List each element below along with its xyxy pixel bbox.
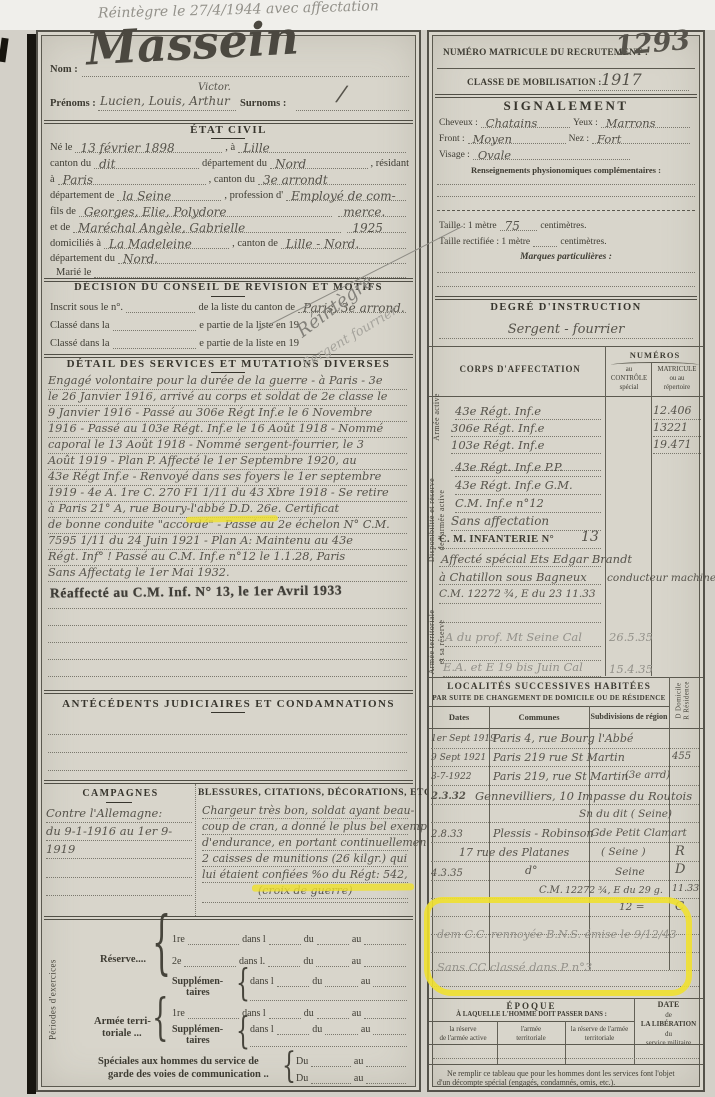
residence-rot: R Résidence xyxy=(684,671,692,729)
fils-de-label: fils de xyxy=(50,206,76,217)
first-label: 1re xyxy=(172,934,185,945)
nom-label: Nom : xyxy=(50,64,78,75)
territoriale-label: Armée terri- xyxy=(94,1016,151,1027)
antecedents-title: ANTÉCÉDENTS JUDICIAIRES ET CONDAMNATIONS xyxy=(38,698,419,710)
surnoms-value: / xyxy=(336,82,347,108)
canton-value: dit xyxy=(99,157,115,171)
nez-line: Fort xyxy=(592,131,690,144)
localites-commune: Plessis - Robinson xyxy=(493,827,594,840)
reaffecte-stamp: Réaffecté au C.M. Inf. N° 13, le 1er Avr… xyxy=(50,582,342,601)
visage-row: Visage : Ovale xyxy=(439,147,633,160)
localites-commune: Paris 4, rue Bourg l'Abbé xyxy=(493,732,633,745)
speciales-label-2: garde des voies de communication .. xyxy=(108,1069,269,1080)
affecte-special-line-2: à Chatillon sous Bagneux xyxy=(439,570,587,584)
corps-active-row: 306e Régt. Inf.e xyxy=(451,421,601,437)
visage-value: Ovale xyxy=(478,148,511,162)
supplementaires-label-2: taires xyxy=(186,987,210,998)
reserve-suppl-row: dans l du au xyxy=(250,974,409,987)
epoque-col-territoriale: l'armée territoriale xyxy=(497,1025,565,1043)
divider xyxy=(44,780,413,784)
profession-cont-value: merce. xyxy=(343,205,385,219)
title-underline xyxy=(211,138,245,139)
marques-label: Marques particulières : xyxy=(429,252,703,262)
birth-date-line: 13 février 1898 xyxy=(75,140,222,153)
dans-l-label: dans l xyxy=(250,976,274,987)
blank-line xyxy=(373,974,406,987)
blank-line xyxy=(373,1022,406,1035)
yeux-line: Marrons xyxy=(601,115,690,128)
title-underline xyxy=(211,372,245,373)
periodes-rotated-label: Périodes d'exercices xyxy=(47,945,58,1055)
blank-line xyxy=(269,1006,301,1019)
epoque-col1-l1: la réserve xyxy=(429,1025,497,1034)
reserve-label: Réserve.... xyxy=(100,954,146,965)
corps-active-row: 43e Régt. Inf.e xyxy=(455,404,601,420)
territoriale-label-2: toriale ... xyxy=(102,1028,142,1039)
residence-value: Paris xyxy=(63,173,93,187)
blessures-line: lui étaient confiées %o du Régt: 542, xyxy=(202,868,408,883)
blank-line xyxy=(317,932,349,945)
epoque-title: ÉPOQUE xyxy=(429,1001,634,1011)
etat-civil-row: Né le 13 février 1898 , à Lille xyxy=(50,140,409,153)
corps-active-num: 12.406 xyxy=(653,404,701,420)
subdivisions-col-header: Subdivisions de région xyxy=(589,712,669,721)
departement-label: département du xyxy=(202,158,267,169)
taille-suffix: centimètres. xyxy=(540,221,586,231)
territoriale-row-1: 1re dans l du au xyxy=(172,1006,409,1019)
taille-rect-label: Taille rectifiée : 1 mètre xyxy=(439,237,530,247)
date-l1: DATE xyxy=(634,1000,703,1011)
liste-canton-label: de la liste du canton de xyxy=(198,302,295,313)
epoque-col3-l2: territoriale xyxy=(565,1034,634,1043)
classe-mobilisation-value: 1917 xyxy=(601,70,642,89)
corps-affectation-header: CORPS D'AFFECTATION xyxy=(437,364,603,374)
classe-mobilisation-label: CLASSE DE MOBILISATION : xyxy=(467,78,602,88)
date-l3: LA LIBÉRATION xyxy=(634,1020,703,1029)
blank-line xyxy=(268,954,300,967)
corps-active-num: 19.471 xyxy=(653,438,701,454)
supplementaires-label: Supplémen- xyxy=(172,976,223,987)
corps-active-row: 103e Régt. Inf.e xyxy=(451,438,601,454)
services-line: Régt. Inf° ! Passé au C.M. Inf.e n°12 le… xyxy=(48,550,407,566)
territoriale-brace: { xyxy=(152,991,169,1048)
ne-le-label: Né le xyxy=(50,142,72,153)
territoriale-pencil-num: 15.4.35 xyxy=(609,662,653,676)
services-title: DÉTAIL DES SERVICES ET MUTATIONS DIVERSE… xyxy=(38,358,419,370)
reserve-row-2: 2e dans l. du au xyxy=(172,954,409,967)
communes-col-header: Communes xyxy=(489,712,589,722)
father-value: Georges, Elie, Polydore xyxy=(84,205,227,219)
dispo-row: 43e Régt. Inf.e G.M. xyxy=(455,478,601,495)
divider xyxy=(435,296,697,300)
localites-date: 1er Sept 1919 xyxy=(431,734,488,744)
scan-edge-strip xyxy=(27,34,36,1094)
etat-civil-row: à Paris , canton du 3e arrondt xyxy=(50,172,409,185)
front-row: Front : Moyen Nez : Fort xyxy=(439,131,693,144)
localites-dr: D xyxy=(675,862,685,877)
surnoms-label: Surnoms : xyxy=(240,98,286,109)
domicile-value: La Madeleine xyxy=(109,237,192,251)
classe-1-suffix: e partie de la liste en 19 xyxy=(199,320,299,331)
epoque-col2-l1: l'armée xyxy=(497,1025,565,1034)
localites-commune: d° xyxy=(525,864,538,877)
domicile-residence-rotated-header: D Domicile R Résidence xyxy=(676,671,693,729)
title-underline xyxy=(211,296,245,297)
blank-line xyxy=(317,1006,349,1019)
cm-infanterie-label: C. M. INFANTERIE N° xyxy=(439,534,554,545)
blank-line xyxy=(325,974,358,987)
yellow-circle-annotation xyxy=(424,897,692,996)
nez-value: Fort xyxy=(597,132,621,146)
localites-commune: C.M. xyxy=(539,885,563,896)
epoque-col-reserve-active: la réserve de l'armée active xyxy=(429,1025,497,1043)
table-vline xyxy=(605,346,606,676)
blank-line xyxy=(364,1006,406,1019)
classe-2-label: Classé dans la xyxy=(50,338,110,349)
et-de-label: et de xyxy=(50,222,70,233)
classe-2-line xyxy=(113,336,197,349)
armee-active-rotated-label: Armée active xyxy=(432,387,442,447)
du-label: Du xyxy=(296,1073,308,1084)
localites-subdiv: Gde Petit Clamart xyxy=(591,827,687,839)
classe-2-suffix: e partie de la liste en 19 xyxy=(199,338,299,349)
repertoire-l1: MATRICULE xyxy=(653,366,701,375)
localites-subdiv: 12272 ¾, E du 29 g. xyxy=(565,885,663,896)
dom-departement-line: Nord. xyxy=(118,251,406,264)
inscrit-num-line xyxy=(126,300,195,313)
residence-canton-value: 3e arrondt xyxy=(263,173,328,187)
localites-subdiv: ( Seine ) xyxy=(601,846,646,858)
prenoms-value: Lucien, Louis, Arthur xyxy=(100,94,230,108)
blank-line xyxy=(364,932,406,945)
res-departement-value: la Seine xyxy=(122,189,171,203)
front-line: Moyen xyxy=(468,131,566,144)
date-l4: du xyxy=(634,1030,703,1039)
dates-col-header: Dates xyxy=(429,712,489,722)
yeux-label: Yeux : xyxy=(573,118,598,128)
au-label: au xyxy=(352,934,361,945)
taille-rect-line xyxy=(533,234,557,247)
res-departement-label: département de xyxy=(50,190,114,201)
renseignements-label: Renseignements physionomiques complément… xyxy=(429,165,703,175)
blank-line xyxy=(364,954,406,967)
localites-date: 4.3.35 xyxy=(431,868,488,879)
blessures-line: Chargeur très bon, soldat ayant beau- xyxy=(202,804,408,819)
title-underline xyxy=(211,712,245,713)
blank-line xyxy=(188,1006,239,1019)
departement-line: Nord xyxy=(270,156,367,169)
residence-canton-line: 3e arrondt xyxy=(258,172,406,185)
cheveux-value: Chatains xyxy=(486,116,538,130)
localites-subdiv: Seine xyxy=(615,866,645,878)
du-label: du xyxy=(304,1008,314,1019)
au-label: au xyxy=(352,956,361,967)
territoriale-pencil-row: A du prof. Mt Seine Cal xyxy=(445,630,601,647)
mother-line: Maréchal Angèle, Gabrielle xyxy=(73,220,341,233)
campagnes-line: Contre l'Allemagne: xyxy=(46,806,192,823)
blank-line xyxy=(277,974,310,987)
services-line: 43e Régt Inf.e - Renvoyé dans ses foyers… xyxy=(48,470,407,486)
visage-line: Ovale xyxy=(473,147,630,160)
localites-commune: Paris 219 rue St Martin xyxy=(493,751,625,764)
services-line: caporal le 13 Août 1918 - Nommé sergent-… xyxy=(48,438,407,454)
services-line: 1919 - 4e A. 1re C. 270 F1 1/11 du 43 Xb… xyxy=(48,486,407,502)
repertoire-l2: ou au xyxy=(653,375,701,384)
localites-commune: Gennevilliers, 10 Impasse du Routois xyxy=(475,789,692,803)
speciales-brace: { xyxy=(282,1047,296,1087)
blank-line xyxy=(325,1022,358,1035)
departement-value: Nord xyxy=(275,157,306,171)
reserve-brace: { xyxy=(152,903,171,984)
blessures-line: d'endurance, en portant continuellement xyxy=(202,836,408,851)
birth-place-line: Lille xyxy=(238,140,406,153)
canton-label: canton du xyxy=(50,158,91,169)
classe-1-line xyxy=(113,318,197,331)
au-label: au xyxy=(361,1024,370,1035)
taille-line: 75 xyxy=(500,218,538,231)
suppl-brace: { xyxy=(236,963,250,1006)
residant-label: , résidant xyxy=(371,158,410,169)
corps-active-num: 13221 xyxy=(653,421,701,437)
blank-line xyxy=(188,932,239,945)
date-l2: de xyxy=(634,1011,703,1020)
divider xyxy=(44,916,413,920)
title-underline xyxy=(106,802,132,803)
speciales-row-2: Du au xyxy=(296,1071,409,1084)
mother-value: Maréchal Angèle, Gabrielle xyxy=(78,221,245,235)
epoque-subtitle: À LAQUELLE L'HOMME DOIT PASSER DANS : xyxy=(429,1011,634,1018)
date-liberation-header: DATE de LA LIBÉRATION du service militai… xyxy=(634,1000,703,1049)
services-line: le 26 Janvier 1916, arrivé au corps et s… xyxy=(48,390,407,406)
year-note-value: 1925 xyxy=(352,221,383,235)
domicile-canton-label: , canton de xyxy=(232,238,278,249)
profession-label: , profession d' xyxy=(224,190,283,201)
blank-line xyxy=(311,1054,351,1067)
prenoms-overline: Victor. xyxy=(198,82,231,93)
controle-l1: au xyxy=(607,366,651,375)
localites-commune: Paris 219, rue St Martin xyxy=(493,770,628,783)
domicile-canton-value: Lille - Nord. xyxy=(286,237,359,251)
epoque-col2-l2: territoriale xyxy=(497,1034,565,1043)
du-label: du xyxy=(312,976,322,987)
campagnes-line: 1919 xyxy=(46,842,192,859)
au-label: au xyxy=(354,1056,363,1067)
controle-l2: CONTRÔLE xyxy=(607,375,651,384)
residence-line: Paris xyxy=(58,172,206,185)
services-line: Sans Affectatg le 1er Mai 1932. xyxy=(48,566,407,582)
birth-date-value: 13 février 1898 xyxy=(80,141,174,155)
inscrit-label: Inscrit sous le n°. xyxy=(50,302,123,313)
blank-line xyxy=(366,1071,406,1084)
cm-infanterie-value: 13 xyxy=(581,529,599,545)
blank-line xyxy=(269,932,301,945)
cheveux-row: Cheveux : Chatains Yeux : Marrons xyxy=(439,115,693,128)
marie-le-label: Marié le xyxy=(56,267,91,278)
suppl-brace: { xyxy=(236,1011,250,1054)
blank-line xyxy=(311,1071,351,1084)
res-departement-line: la Seine xyxy=(117,188,221,201)
services-line: 9 Janvier 1916 - Passé au 306e Régt Inf.… xyxy=(48,406,407,422)
footnote-line-2: d'un décompte spécial (engagés, condamné… xyxy=(437,1078,697,1087)
supplementaires-label-2: taires xyxy=(186,1035,210,1046)
territoriale-pencil-num: 26.5.35 xyxy=(609,630,653,644)
domicile-rot: D Domicile xyxy=(676,671,684,729)
etat-civil-title: ÉTAT CIVIL xyxy=(38,124,419,136)
matricule-value: 1293 xyxy=(614,25,692,62)
taille-rect-suffix: centimètres. xyxy=(560,237,606,247)
left-form-panel: Nom : Massein Victor. Prénoms : Lucien, … xyxy=(36,30,421,1092)
controle-l3: spécial xyxy=(607,384,651,393)
blessures-title: BLESSURES, CITATIONS, DÉCORATIONS, ETC. xyxy=(198,788,413,798)
dom-departement-value: Nord. xyxy=(123,252,158,266)
profession-line: Employé de com- xyxy=(286,188,406,201)
epoque-col-reserve-territoriale: la réserve de l'armée territoriale xyxy=(565,1025,634,1043)
taille-row: Taille : 1 mètre 75 centimètres. xyxy=(439,218,643,231)
localites-subtitle: PAR SUITE DE CHANGEMENT DE DOMICILE OU D… xyxy=(429,694,669,702)
first-label: 1re xyxy=(172,1008,185,1019)
blessures-line: coup de cran, a donné le plus bel exempl… xyxy=(202,820,408,835)
du-label: du xyxy=(304,934,314,945)
etat-civil-row: canton du dit département du Nord , rési… xyxy=(50,156,409,169)
blessures-line: 2 caisses de munitions (26 kilgr.) qui xyxy=(202,852,408,867)
a-label: , à xyxy=(225,142,235,153)
localites-date: 3-7-1922 xyxy=(431,772,488,782)
affecte-special-line: Affecté spécial Ets Edgar Brandt xyxy=(441,552,632,566)
localites-dr: 11.33 xyxy=(672,883,699,894)
speciales-label: Spéciales aux hommes du service de xyxy=(98,1056,259,1067)
footnote-line-1: Ne remplir ce tableau que pour les homme… xyxy=(437,1069,697,1078)
dom-departement-label: département du xyxy=(50,253,115,264)
yeux-value: Marrons xyxy=(606,116,656,130)
localites-title: LOCALITÉS SUCCESSIVES HABITÉES xyxy=(429,682,669,692)
au-label: au xyxy=(352,1008,361,1019)
cheveux-line: Chatains xyxy=(481,115,570,128)
degre-title: DEGRÉ D'INSTRUCTION xyxy=(429,302,703,313)
localites-subdiv: Sn du dit ( Seine) xyxy=(579,808,672,820)
localites-date: 2.8.33 xyxy=(431,829,488,840)
yellow-highlight-blessures xyxy=(252,883,414,891)
taille-label: Taille : 1 mètre xyxy=(439,221,497,231)
blank-line xyxy=(366,1054,406,1067)
speciales-row-1: Du au xyxy=(296,1054,409,1067)
domicile-line: La Madeleine xyxy=(104,236,229,249)
taille-rectifiee-row: Taille rectifiée : 1 mètre centimètres. xyxy=(439,234,643,247)
territoriale-pencil-row: E.A. et E 19 bis Juin Cal xyxy=(443,660,601,677)
numeros-brace xyxy=(611,362,699,365)
epoque-col1-l2: de l'armée active xyxy=(429,1034,497,1043)
campagnes-line: du 9-1-1916 au 1er 9- xyxy=(46,824,192,841)
dispo-row: 43e Régt. Inf.e P.P. xyxy=(455,460,601,477)
repertoire-l3: répertoire xyxy=(653,384,701,393)
divider xyxy=(44,690,413,694)
blank-line xyxy=(277,1022,310,1035)
residence-a-label: à xyxy=(50,174,55,185)
etat-civil-row: département du Nord. xyxy=(50,251,409,264)
dans-l-label: dans l xyxy=(250,1024,274,1035)
dans-l-label: dans l xyxy=(242,934,266,945)
du-label: Du xyxy=(296,1056,308,1067)
etat-civil-row: fils de Georges, Elie, Polydore merce. xyxy=(50,204,409,217)
etat-civil-row: et de Maréchal Angèle, Gabrielle 1925 xyxy=(50,220,409,233)
visage-label: Visage : xyxy=(439,150,470,160)
prenoms-label: Prénoms : xyxy=(50,98,96,109)
profession-value: Employé de com- xyxy=(291,189,396,203)
controle-special-header: au CONTRÔLE spécial xyxy=(607,366,651,392)
reserve-row-1: 1re dans l du au xyxy=(172,932,409,945)
domicilies-label: domiciliés à xyxy=(50,238,101,249)
father-line: Georges, Elie, Polydore xyxy=(79,204,332,217)
etat-civil-row: département de la Seine , profession d' … xyxy=(50,188,409,201)
canton-line: dit xyxy=(94,156,199,169)
localites-subdiv: (3e arrd) xyxy=(625,770,670,781)
residence-canton-label: , canton du xyxy=(209,174,255,185)
scan-edge-mark xyxy=(0,38,9,63)
epoque-col3-l1: la réserve de l'armée xyxy=(565,1025,634,1034)
etat-civil-row: domiciliés à La Madeleine , canton de Li… xyxy=(50,236,409,249)
localites-date: 9 Sept 1921 xyxy=(431,753,488,763)
campagnes-title: CAMPAGNES xyxy=(48,788,193,799)
dispo-row: Sans affectation xyxy=(451,514,601,531)
numeros-header: NUMÉROS xyxy=(607,350,703,360)
services-line: Août 1919 - Plan P. Affecté le 1er Septe… xyxy=(48,454,407,470)
localites-dr: 455 xyxy=(672,751,691,762)
decision-row: Classé dans la e partie de la liste en 1… xyxy=(50,336,299,349)
cheveux-label: Cheveux : xyxy=(439,118,478,128)
front-value: Moyen xyxy=(473,132,512,146)
taille-value: 75 xyxy=(505,219,520,233)
localites-commune: 17 rue des Platanes xyxy=(459,846,569,859)
second-label: 2e xyxy=(172,956,181,967)
blank-line xyxy=(316,954,348,967)
affecte-special-line-3: conducteur machine xyxy=(607,572,715,584)
matricule-repertoire-header: MATRICULE ou au répertoire xyxy=(653,366,701,392)
services-line: Engagé volontaire pour la durée de la gu… xyxy=(48,374,407,390)
domicile-canton-line: Lille - Nord. xyxy=(281,236,406,249)
birth-place-value: Lille xyxy=(243,141,270,155)
dispo-row: C.M. Inf.e n°12 xyxy=(455,496,601,513)
du-label: du xyxy=(312,1024,322,1035)
dispo-rot-l1: Disponibilité et réserve xyxy=(427,460,437,580)
year-line: 1925 xyxy=(347,220,406,233)
supplementaires-label: Supplémen- xyxy=(172,1024,223,1035)
degre-value: Sergent - fourrier xyxy=(429,322,703,337)
blank-line xyxy=(184,954,236,967)
nez-label: Nez : xyxy=(569,134,589,144)
table-vline xyxy=(651,362,652,676)
territoriale-suppl-row: dans l du au xyxy=(250,1022,409,1035)
au-label: au xyxy=(354,1073,363,1084)
du-label: du xyxy=(303,956,313,967)
cm-number-row: C.M. 12272 ¾, E du 23 11.33 xyxy=(439,588,601,604)
signalement-title: SIGNALEMENT xyxy=(429,98,703,114)
column-divider xyxy=(195,784,196,916)
au-label: au xyxy=(361,976,370,987)
table-vline xyxy=(634,998,635,1064)
classe-1-label: Classé dans la xyxy=(50,320,110,331)
localites-dr: R xyxy=(675,844,685,859)
front-label: Front : xyxy=(439,134,465,144)
services-line: 7595 1/11 du 24 Juin 1921 - Plan A: Main… xyxy=(48,534,407,550)
services-line: 1916 - Passé au 103e Régt. Inf.e le 16 A… xyxy=(48,422,407,438)
profession-cont-line: merce. xyxy=(338,204,406,217)
